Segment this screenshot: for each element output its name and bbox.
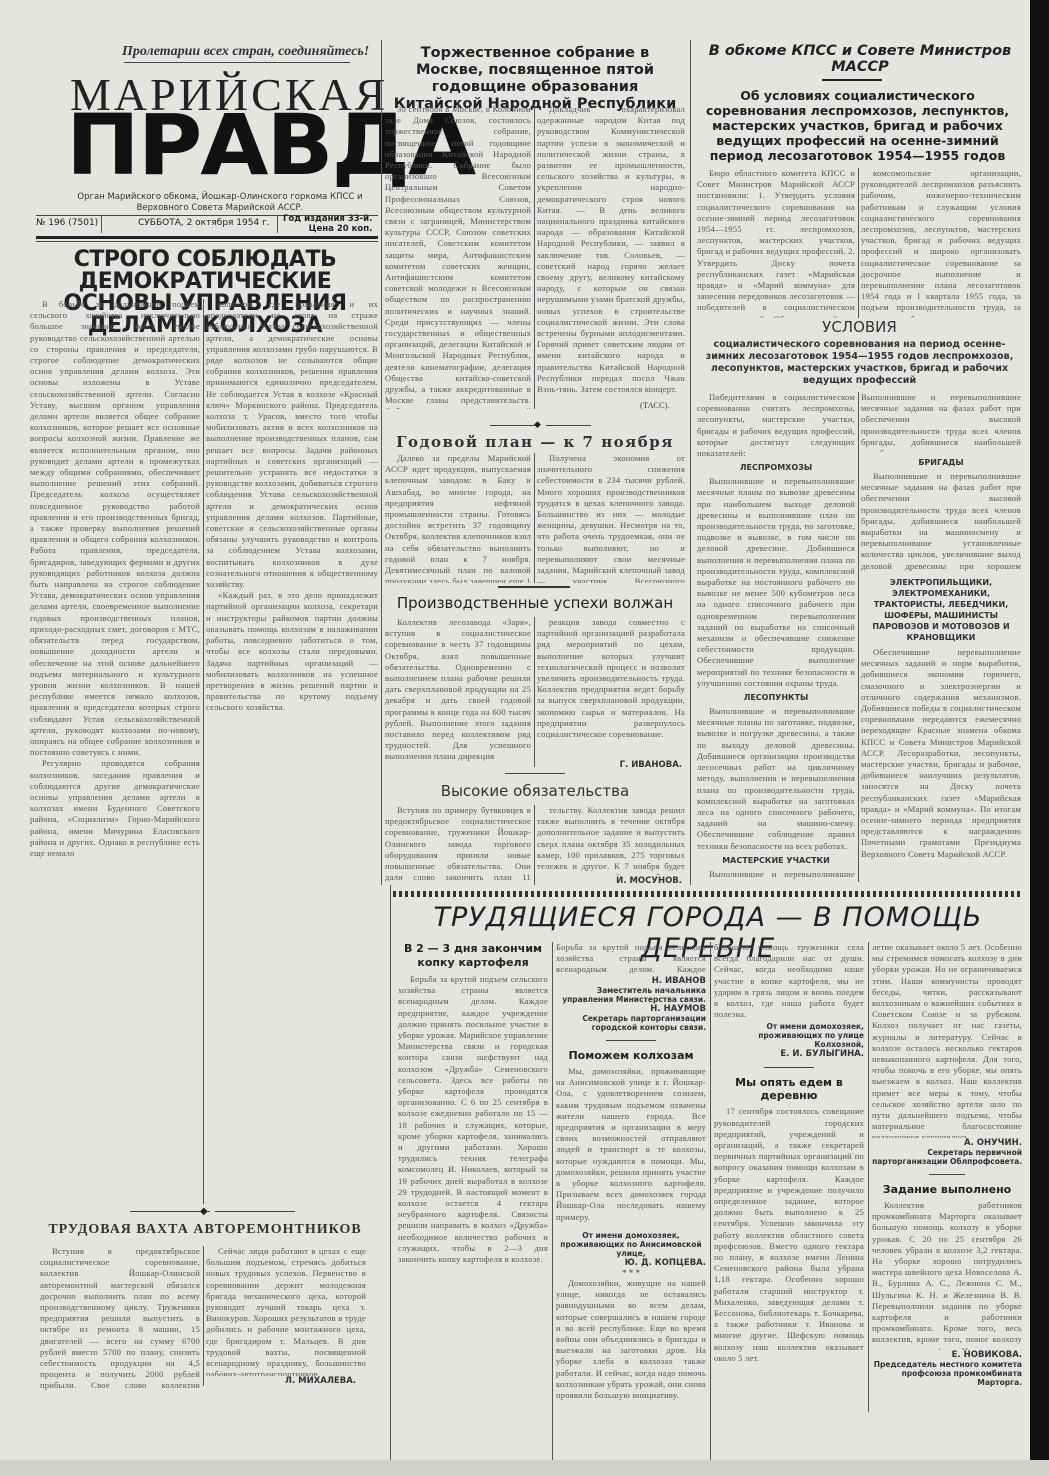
again-village-text: 17 сентября состоялось совещание руковод… bbox=[714, 1106, 864, 1364]
separator bbox=[505, 773, 565, 774]
paragraph: Вступив по примеру бутяковцев в предоктя… bbox=[385, 805, 531, 885]
letter-signature: Е. И. БУЛЫГИНА. bbox=[714, 1049, 864, 1059]
ornament-rule bbox=[130, 1211, 210, 1212]
paragraph: Вступив в предоктябрьское социалистическ… bbox=[40, 1246, 200, 1391]
paragraph: Докладчик охарактеризовал одержанные нар… bbox=[537, 104, 685, 394]
rule bbox=[36, 236, 378, 239]
task-done-text: Коллектив работников промкомбината Марто… bbox=[872, 1200, 1022, 1350]
obkom-kicker: В обкоме КПСС и Совете Министров МАССР bbox=[700, 43, 1020, 75]
task-done-headline: Задание выполнено bbox=[872, 1183, 1022, 1196]
ornament-rule bbox=[546, 425, 591, 426]
wavy-rule bbox=[393, 891, 1023, 897]
moscow-col1: 30 сентября в Москве, в Колонном зале До… bbox=[385, 104, 531, 409]
potato-signature-2-title: Секретарь парторганизации городской конт… bbox=[556, 1014, 706, 1032]
labor-watch-col2: Сейчас люди работают в цехах с еще больш… bbox=[206, 1246, 366, 1376]
paragraph: Выполнившие и перевыполнившие месячные з… bbox=[861, 471, 1021, 571]
again-village-sig-title: Секретарь первичной парторганизации Облп… bbox=[872, 1148, 1022, 1166]
column-divider bbox=[868, 942, 869, 1412]
potato-signature-1: Н. ИВАНОВ bbox=[556, 976, 706, 986]
conditions-headline: УСЛОВИЯ bbox=[697, 318, 1022, 336]
conditions-col2: Выполнившие и перевыполнившие месячные з… bbox=[861, 392, 1021, 882]
scan-edge bbox=[1030, 0, 1049, 1476]
paragraph: реакция завода совместно с партийной орг… bbox=[537, 617, 685, 740]
paragraph: 17 сентября состоялось совещание руковод… bbox=[714, 1106, 864, 1364]
column-divider bbox=[710, 942, 711, 1472]
column-divider bbox=[858, 168, 859, 318]
potato-text-cont: Борьба за крутой подъем сельского хозяйс… bbox=[556, 942, 706, 976]
paragraph: Выполнившие и перевыполнившие месячные з… bbox=[861, 392, 1021, 452]
section-title: ЛЕСОПУНКТЫ bbox=[697, 693, 855, 702]
ornament-icon: ◆ bbox=[534, 419, 541, 430]
again-village-signature: А. ОНУЧИН. bbox=[872, 1138, 1022, 1148]
conditions-intro: Победителями в социалистическом соревнов… bbox=[697, 392, 855, 459]
section-text: Обеспечившие перевыполнение месячных зад… bbox=[861, 647, 1021, 860]
moscow-source: (ТАСС). bbox=[640, 400, 670, 410]
volzhsk-signature: Г. ИВАНОВА. bbox=[537, 760, 682, 770]
potato-article: В 2 — 3 дня закончим копку картофеля Бор… bbox=[398, 942, 548, 1472]
column-divider bbox=[381, 40, 382, 885]
rule bbox=[36, 241, 378, 242]
ornament-icon: ◆ bbox=[200, 1206, 208, 1217]
help-kolkhoz-headline: Поможем колхозам bbox=[556, 1049, 706, 1062]
section-text-cont: Выполнившие и перевыполнившие месячные з… bbox=[861, 392, 1021, 452]
help-kolkhoz-sig-intro: От имени домохозяек, проживающих по Анис… bbox=[556, 1231, 706, 1258]
paragraph: Домохозяйки, живущие на нашей улице, ник… bbox=[556, 1278, 706, 1401]
section-title: БРИГАДЫ bbox=[861, 458, 1021, 467]
volzhsk-col2: реакция завода совместно с партийной орг… bbox=[537, 617, 685, 757]
paragraph: колхозов, где правления и их председател… bbox=[206, 299, 378, 590]
masthead-organ: Орган Марийского обкома, Йошкар-Олинског… bbox=[70, 192, 370, 214]
conditions-col1: Победителями в социалистическом соревнов… bbox=[697, 392, 855, 882]
ornament-rule bbox=[215, 1211, 295, 1212]
potato-text: Борьба за крутой подъем сельского хозяйс… bbox=[398, 974, 548, 1265]
letter-sig-intro: От имени домохозяек, проживающих по улиц… bbox=[714, 1022, 864, 1049]
column-divider bbox=[690, 40, 691, 885]
letter-text: большую помощь труженики села всегда бла… bbox=[714, 942, 864, 1020]
price: Цена 20 коп. bbox=[283, 224, 372, 234]
section-text: Выполнившие и перевыполнившие месячные п… bbox=[697, 706, 855, 852]
paragraph: комсомольские организации, руководителей… bbox=[861, 168, 1021, 318]
separator bbox=[764, 1067, 814, 1068]
paragraph: Победителями в социалистическом соревнов… bbox=[697, 392, 855, 459]
ornament-rule bbox=[490, 425, 535, 426]
column-divider bbox=[390, 885, 391, 1475]
section-title: ЛЕСПРОМХОЗЫ bbox=[697, 463, 855, 472]
motto: Пролетарии всех стран, соединяйтесь! bbox=[122, 44, 369, 60]
section-text: Выполнившие и перевыполнившие месячные з… bbox=[697, 869, 855, 882]
obligations-col1: Вступив по примеру бутяковцев в предоктя… bbox=[385, 805, 531, 885]
divider bbox=[277, 216, 278, 233]
paragraph: Далеко за пределы Марийской АССР идет пр… bbox=[385, 453, 531, 583]
kolkhoz-col2: колхозов, где правления и их председател… bbox=[206, 299, 378, 1204]
paragraph: Сейчас люди работают в цехах с еще больш… bbox=[206, 1246, 366, 1376]
column-divider bbox=[203, 1246, 204, 1386]
labor-watch-signature: Л. МИХАЛЕВА. bbox=[206, 1376, 356, 1386]
scan-bottom bbox=[0, 1460, 1049, 1476]
paragraph: летие оказывает около 5 лет. Особенно мы… bbox=[872, 942, 1022, 1138]
moscow-headline: Торжественное собрание в Москве, посвяще… bbox=[385, 45, 685, 113]
section-title: МАСТЕРСКИЕ УЧАСТКИ bbox=[697, 856, 855, 865]
paragraph: Коллектив лесозавода «Заря», вступив в с… bbox=[385, 617, 531, 763]
paragraph: Получена экономия от значительного сниже… bbox=[537, 453, 685, 583]
section-text: Выполнившие и перевыполнившие месячные з… bbox=[861, 471, 1021, 571]
divider bbox=[101, 216, 102, 233]
help-kolkhoz-signature: Ю. Д. КОПЦЕВА. bbox=[556, 1258, 706, 1268]
separator bbox=[822, 79, 882, 81]
column-divider bbox=[534, 453, 535, 583]
issue-date: СУББОТА, 2 октября 1954 г. bbox=[138, 218, 270, 228]
separator bbox=[498, 586, 570, 588]
year-of-publication: Год издания 33-й. bbox=[283, 214, 372, 224]
column-divider bbox=[203, 299, 204, 1204]
help-kolkhoz-text2: Домохозяйки, живущие на нашей улице, ник… bbox=[556, 1278, 706, 1401]
paragraph: В борьбе за дальнейший подъем сельского … bbox=[30, 299, 200, 758]
labor-watch-headline: ТРУДОВАЯ ВАХТА АВТОРЕМОНТНИКОВ bbox=[30, 1222, 380, 1238]
column-divider bbox=[534, 617, 535, 767]
obligations-headline: Высокие обязательства bbox=[385, 782, 685, 800]
conditions-subheadline: социалистического соревнования на период… bbox=[697, 339, 1022, 387]
section-text: Выполнившие и перевыполнившие месячные п… bbox=[697, 476, 855, 689]
year-price: Год издания 33-й. Цена 20 коп. bbox=[283, 214, 372, 234]
paragraph: «Каждый раз, в это дело принадлежит парт… bbox=[206, 590, 378, 713]
paragraph: Борьба за крутой подъем сельского хозяйс… bbox=[556, 942, 706, 976]
paragraph: Выполнившие и перевыполнившие месячные п… bbox=[697, 706, 855, 852]
paragraph: Мы, домохозяйки, проживающие на Анисимов… bbox=[556, 1066, 706, 1223]
signatures-and-help: Борьба за крутой подъем сельского хозяйс… bbox=[556, 942, 706, 1472]
paragraph: Выполнившие и перевыполнившие месячные п… bbox=[697, 476, 855, 689]
potato-signature-2: Н. НАУМОВ bbox=[556, 1004, 706, 1014]
potato-signature-1-title: Заместитель начальника управления Минист… bbox=[556, 986, 706, 1004]
village-article: большую помощь труженики села всегда бла… bbox=[714, 942, 864, 1472]
newspaper-page: Пролетарии всех стран, соединяйтесь! МАР… bbox=[0, 0, 1030, 1460]
column-divider bbox=[534, 104, 535, 409]
paragraph: Обеспечившие перевыполнение месячных зад… bbox=[861, 647, 1021, 860]
potato-headline: В 2 — 3 дня закончим копку картофеля bbox=[398, 942, 548, 970]
section-title: ЭЛЕКТРОПИЛЬЩИКИ, ЭЛЕКТРОМЕХАНИКИ, ТРАКТО… bbox=[861, 577, 1021, 643]
column-divider bbox=[858, 392, 859, 882]
plan-col2: Получена экономия от значительного сниже… bbox=[537, 453, 685, 583]
separator bbox=[929, 1174, 965, 1175]
paragraph: 30 сентября в Москве, в Колонном зале До… bbox=[385, 104, 531, 409]
kolkhoz-col1: В борьбе за дальнейший подъем сельского … bbox=[30, 299, 200, 1129]
obkom-headline: Об условиях социалистического соревнован… bbox=[695, 88, 1020, 163]
paragraph: большую помощь труженики села всегда бла… bbox=[714, 942, 864, 1020]
volzhsk-col1: Коллектив лесозавода «Заря», вступив в с… bbox=[385, 617, 531, 767]
help-kolkhoz-text: Мы, домохозяйки, проживающие на Анисимов… bbox=[556, 1066, 706, 1231]
plan-headline: Годовой план — к 7 ноября bbox=[385, 433, 685, 451]
motto-rule bbox=[124, 62, 350, 63]
paragraph: Коллектив работников промкомбината Марто… bbox=[872, 1200, 1022, 1350]
obligations-signature: И. МОСУНОВ. bbox=[537, 876, 682, 886]
labor-watch-col1: Вступив в предоктябрьское социалистическ… bbox=[40, 1246, 200, 1391]
task-done-article: летие оказывает около 5 лет. Особенно мы… bbox=[872, 942, 1022, 1402]
column-divider bbox=[534, 805, 535, 885]
paragraph: Бюро областного комитета КПСС и Совет Ми… bbox=[697, 168, 855, 318]
again-village-headline: Мы опять едем в деревню bbox=[714, 1076, 864, 1102]
paragraph: Борьба за крутой подъем сельского хозяйс… bbox=[398, 974, 548, 1265]
paragraph: Регулярно проводятся собрания колхознико… bbox=[30, 758, 200, 859]
paragraph: Выполнившие и перевыполнившие месячные з… bbox=[697, 869, 855, 882]
task-done-sig-title: Председатель местного комитета профсоюза… bbox=[872, 1360, 1022, 1387]
issue-number: № 196 (7501) bbox=[36, 218, 98, 228]
obligations-col2: тельству. Коллектив завода решил также в… bbox=[537, 805, 685, 875]
moscow-col2: Докладчик охарактеризовал одержанные нар… bbox=[537, 104, 685, 394]
asterisks: * * * bbox=[556, 1268, 706, 1278]
paragraph: тельству. Коллектив завода решил также в… bbox=[537, 805, 685, 875]
again-village-text2: летие оказывает около 5 лет. Особенно мы… bbox=[872, 942, 1022, 1138]
volzhsk-headline: Производственные успехи волжан bbox=[385, 594, 685, 612]
obkom-col1: Бюро областного комитета КПСС и Совет Ми… bbox=[697, 168, 855, 318]
task-done-signature: Е. НОВИКОВА. bbox=[872, 1350, 1022, 1360]
obkom-col2: комсомольские организации, руководителей… bbox=[861, 168, 1021, 318]
column-divider bbox=[552, 942, 553, 1472]
separator bbox=[606, 1040, 656, 1041]
plan-col1: Далеко за пределы Марийской АССР идет пр… bbox=[385, 453, 531, 583]
